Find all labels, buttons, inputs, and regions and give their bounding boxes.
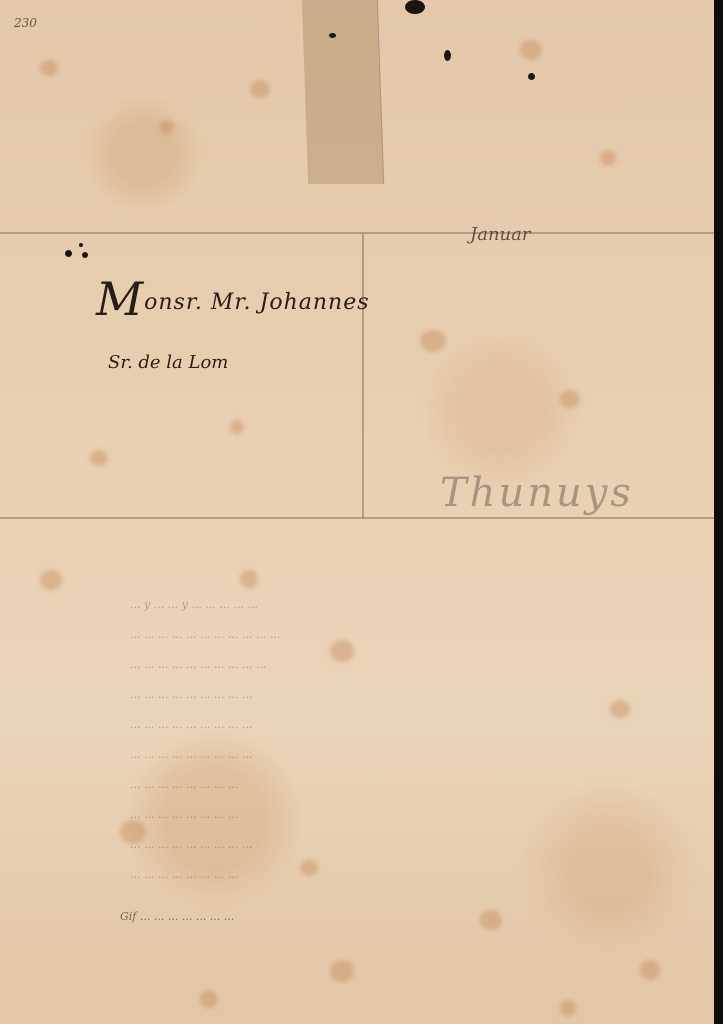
folio-number: 230	[14, 16, 37, 30]
ink-dot	[79, 243, 83, 247]
adhesive-tape-strip	[302, 0, 384, 184]
ink-blot	[444, 50, 451, 61]
ink-dot	[82, 252, 88, 258]
address-line-1: Monsr. Mr. Johannes	[96, 272, 370, 326]
address-line-1-text: onsr. Mr. Johannes	[144, 290, 369, 315]
address-initial: M	[96, 272, 144, 326]
scan-background-edge	[714, 0, 723, 1024]
marginal-annotation: Januar	[470, 224, 530, 245]
address-line-2: Sr. de la Lom	[108, 352, 228, 373]
fold-line-lower	[0, 517, 716, 519]
fold-line-upper	[0, 232, 716, 234]
ink-blot	[405, 0, 425, 14]
ink-dot	[65, 250, 72, 257]
ink-blot	[528, 73, 535, 80]
manuscript-sheet: 230 Monsr. Mr. Johannes Sr. de la Lom Ja…	[0, 0, 716, 1024]
show-through-word: Thunuys	[440, 470, 634, 516]
ink-blot	[329, 33, 336, 38]
